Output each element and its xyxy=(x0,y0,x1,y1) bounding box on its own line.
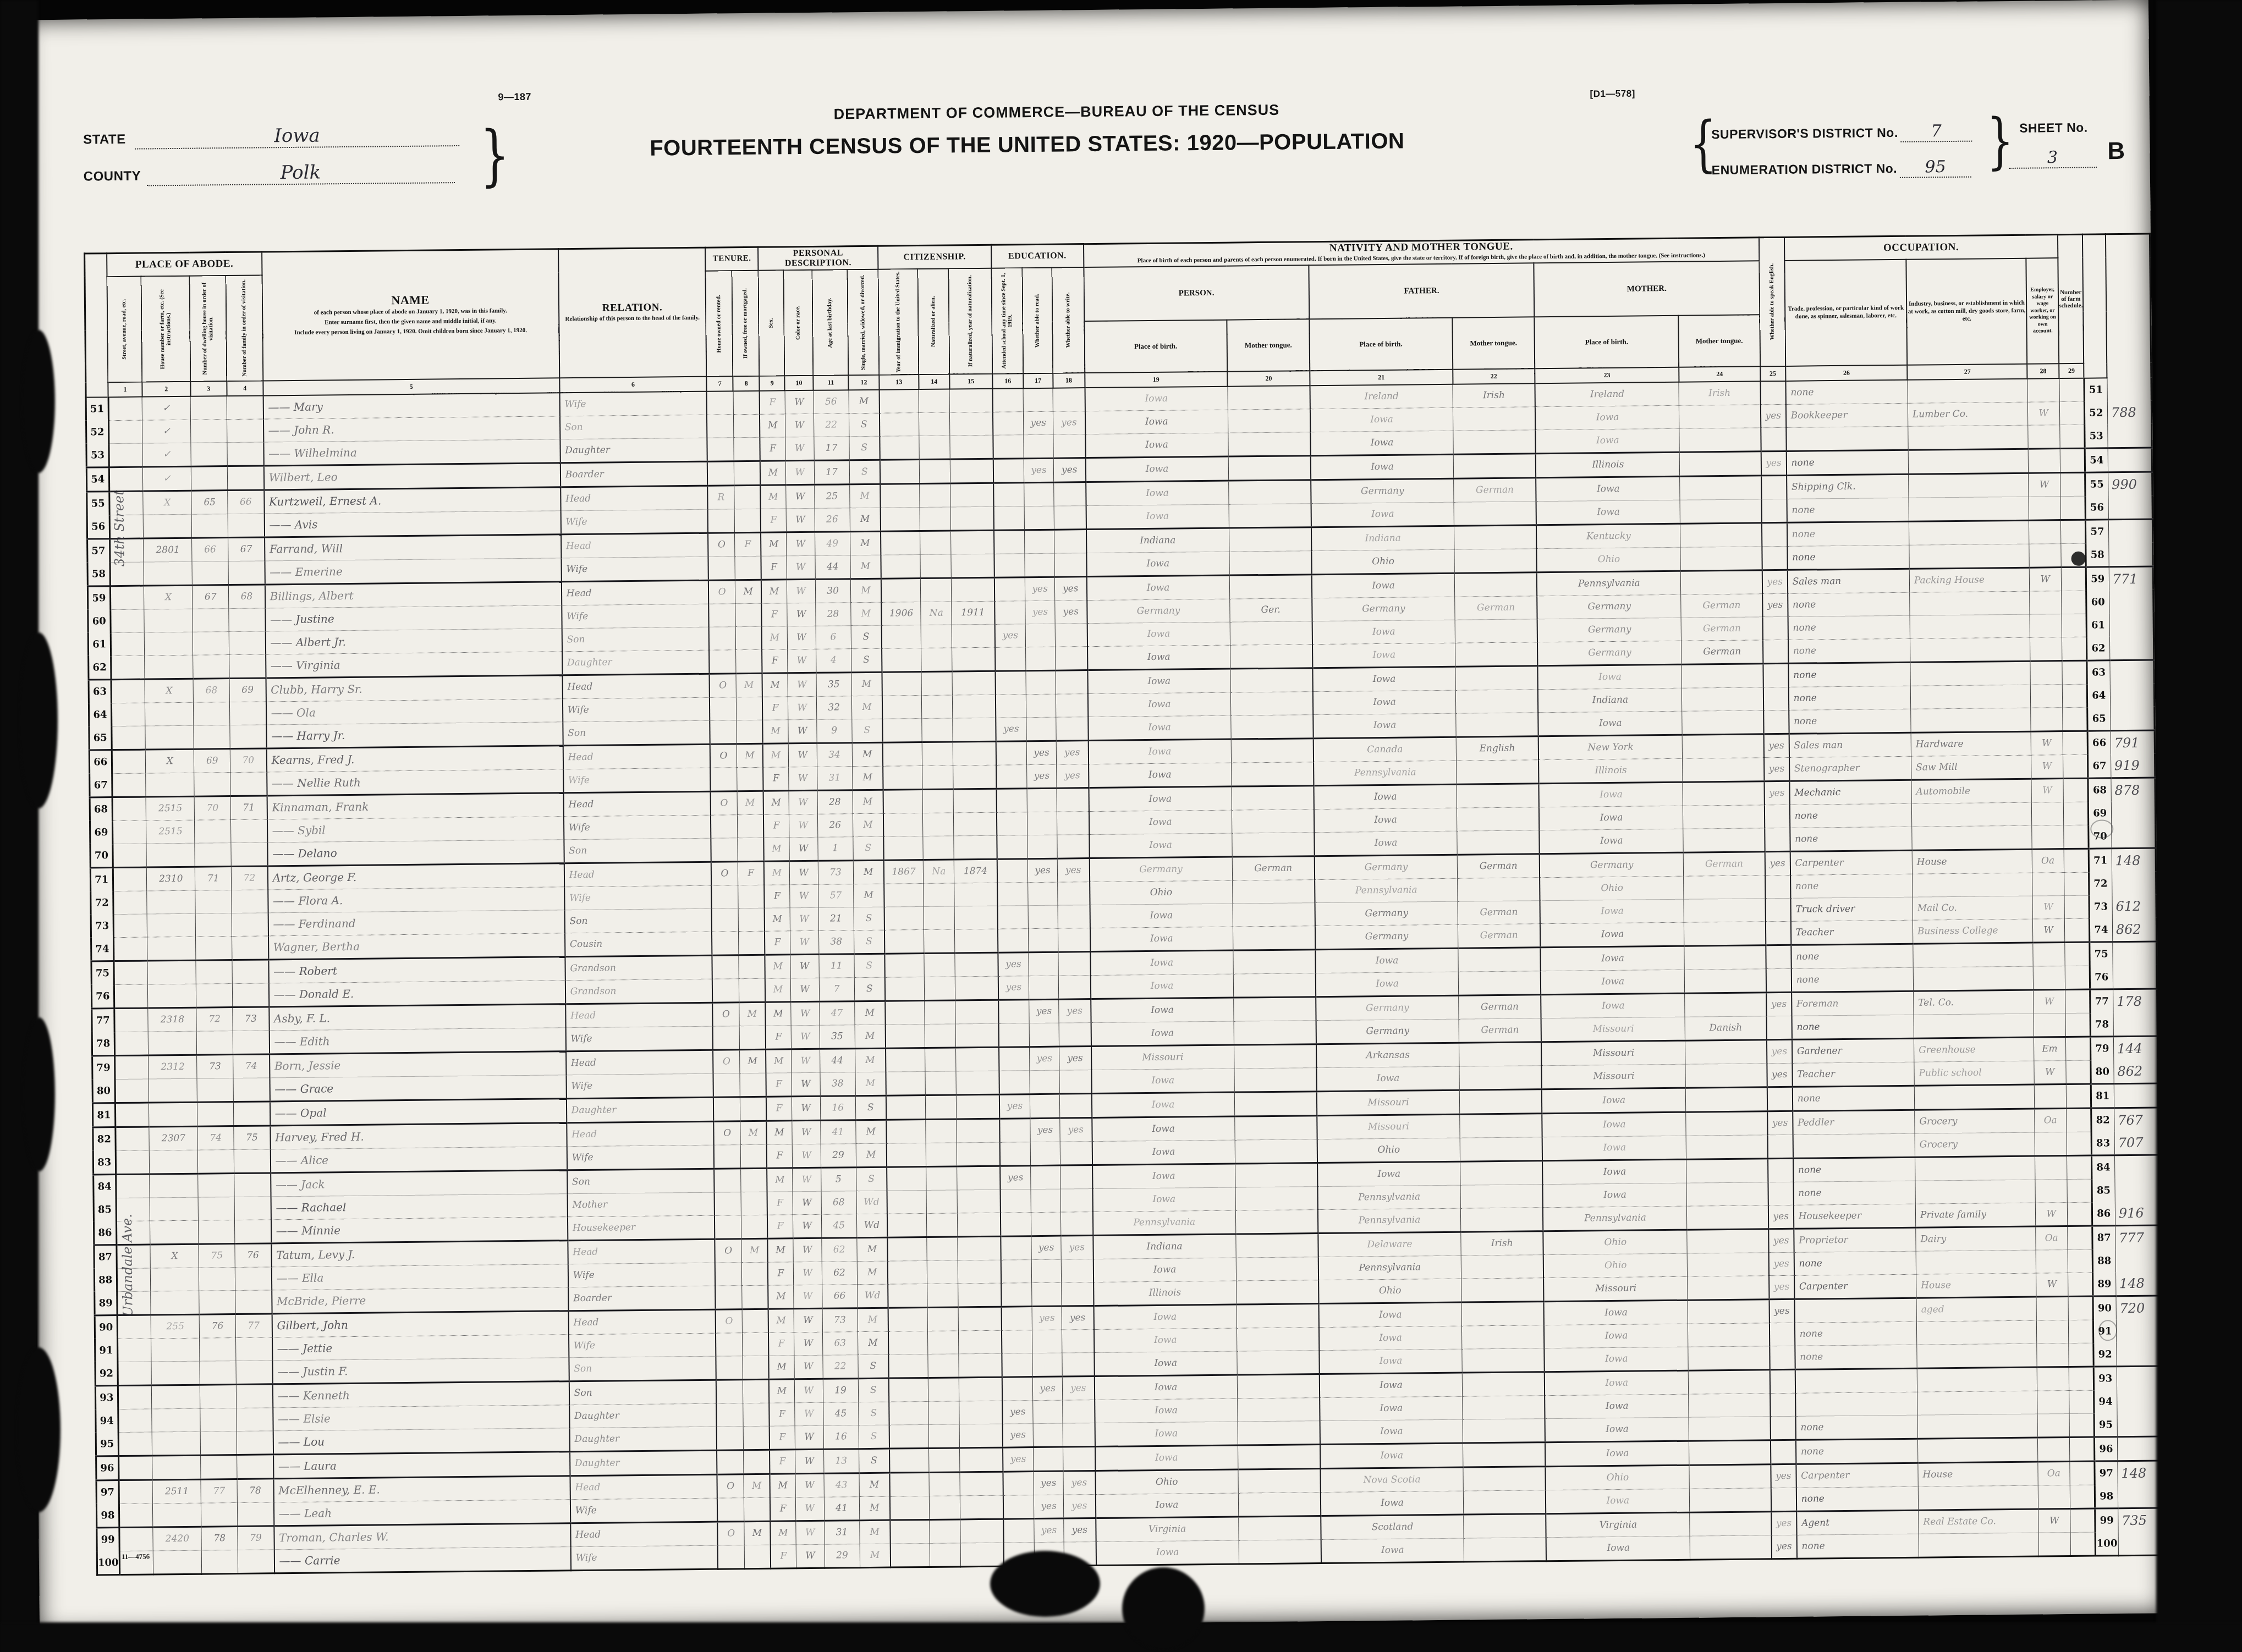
cell-mt xyxy=(1683,828,1765,852)
cell-school: yes xyxy=(1003,1447,1034,1472)
cell-school xyxy=(1000,1189,1031,1213)
cell-name: McElhenney, E. E. xyxy=(273,1475,570,1502)
cell-owned: O xyxy=(710,673,736,697)
cell-relation: Daughter xyxy=(560,438,707,463)
cell-owned xyxy=(712,885,738,908)
cell-english xyxy=(1766,1016,1792,1039)
cell-house xyxy=(152,1431,201,1456)
enumeration-district-value: 95 xyxy=(1925,157,1946,177)
cell-marital: M xyxy=(850,555,881,579)
cell-nat xyxy=(930,1543,961,1567)
cell-school xyxy=(1003,1471,1034,1495)
cell-ind: Public school xyxy=(1914,1061,2034,1086)
cell-relation: Head xyxy=(565,1003,713,1028)
line-number-left: 72 xyxy=(91,891,113,914)
cell-english xyxy=(1765,898,1790,921)
cell-write xyxy=(1056,670,1087,694)
line-number-left: 73 xyxy=(91,914,113,937)
cell-farm xyxy=(2069,1413,2095,1437)
cell-emp xyxy=(2031,825,2063,849)
cell-family xyxy=(233,983,269,1007)
cell-name: Gilbert, John xyxy=(272,1310,569,1337)
cell-read xyxy=(1029,952,1058,976)
cell-mt: German xyxy=(1684,852,1765,876)
cell-nat xyxy=(921,648,952,672)
cell-owned: O xyxy=(718,1521,744,1545)
cell-nat xyxy=(928,1401,959,1425)
cell-write xyxy=(1063,1446,1095,1471)
cell-name: Farrand, Will xyxy=(265,535,562,561)
cell-english xyxy=(1763,710,1789,734)
cell-family xyxy=(234,1173,271,1197)
cell-owned: O xyxy=(714,1121,740,1144)
cell-mb: Iowa xyxy=(1545,1441,1689,1467)
cell-emp xyxy=(2028,448,2060,473)
cell-owned xyxy=(717,1450,743,1474)
cell-read xyxy=(1026,717,1056,741)
line-number-left: 84 xyxy=(94,1174,116,1198)
cell-school: yes xyxy=(1000,1165,1031,1190)
cell-marital: S xyxy=(854,907,884,930)
cell-mb: Iowa xyxy=(1542,1159,1686,1185)
cell-mb: Virginia xyxy=(1546,1512,1690,1538)
cell-nat xyxy=(927,1260,958,1284)
column-number: 7 xyxy=(707,376,733,391)
cell-house xyxy=(147,937,196,961)
cell-natyear xyxy=(958,1213,1001,1237)
cell-family xyxy=(229,631,265,655)
cell-pb: Illinois xyxy=(1093,1281,1237,1306)
cell-name: —— Flora A. xyxy=(268,887,565,913)
cell-name: —— Jack xyxy=(271,1170,568,1196)
cell-house: 255 xyxy=(151,1314,200,1339)
cell-mb: Germany xyxy=(1537,641,1681,666)
cell-mt xyxy=(1687,1229,1768,1253)
cell-read: yes xyxy=(1026,741,1056,765)
header-col4: Number of family in order of visitation. xyxy=(226,275,263,381)
cell-imm xyxy=(888,1307,928,1331)
cell-school xyxy=(996,764,1027,789)
line-number-right: 61 xyxy=(2086,614,2109,637)
column-number: 6 xyxy=(559,376,707,393)
cell-read xyxy=(1025,530,1054,554)
cell-race: W xyxy=(792,1168,821,1191)
cell-dwelling xyxy=(192,561,228,585)
enumeration-district-label: ENUMERATION DISTRICT No. xyxy=(1712,161,1898,177)
line-number-left: 54 xyxy=(86,467,109,491)
cell-race: W xyxy=(785,390,814,414)
cell-nat xyxy=(925,1024,956,1048)
cell-relation: Wife xyxy=(566,1073,713,1099)
cell-mt xyxy=(1680,523,1762,547)
page-title: FOURTEENTH CENSUS OF THE UNITED STATES: … xyxy=(650,129,1404,161)
cell-write xyxy=(1053,434,1085,458)
cell-school xyxy=(996,788,1027,812)
cell-ft xyxy=(1460,1160,1543,1185)
cell-mortgage xyxy=(735,649,762,673)
cell-owned xyxy=(710,767,737,791)
cell-house xyxy=(151,1361,200,1385)
cell-pb: Iowa xyxy=(1091,1092,1234,1117)
cell-english xyxy=(1771,1488,1796,1511)
cell-natyear xyxy=(955,976,998,1000)
cell-marital: M xyxy=(850,531,881,555)
cell-nat xyxy=(929,1472,960,1496)
line-number-right: 56 xyxy=(2085,496,2108,520)
margin-annotation xyxy=(2108,495,2153,520)
cell-age: 43 xyxy=(824,1473,859,1497)
cell-mt xyxy=(1680,547,1762,571)
cell-age: 62 xyxy=(822,1261,857,1285)
cell-owned xyxy=(715,1262,741,1285)
cell-ind: Lumber Co. xyxy=(1908,402,2027,426)
cell-mb: Iowa xyxy=(1544,1300,1688,1325)
column-number: 25 xyxy=(1760,366,1785,381)
cell-occ xyxy=(1794,1298,1916,1323)
cell-mortgage: M xyxy=(735,580,761,603)
header-tenure: TENURE. xyxy=(705,247,758,271)
cell-age: 29 xyxy=(825,1544,860,1568)
cell-house xyxy=(145,632,193,656)
cell-nat xyxy=(928,1378,959,1402)
line-number-right: 74 xyxy=(2089,918,2112,941)
cell-occ: Truck driver xyxy=(1790,897,1913,921)
cell-marital: S xyxy=(849,436,880,460)
cell-emp: W xyxy=(2029,567,2061,591)
cell-age: 21 xyxy=(818,907,854,930)
cell-mb: Iowa xyxy=(1543,1183,1687,1208)
cell-read xyxy=(1031,1212,1061,1236)
cell-emp: Oa xyxy=(2032,849,2064,873)
cell-relation: Daughter xyxy=(567,1097,714,1123)
cell-write: yes xyxy=(1062,1306,1093,1330)
cell-ind xyxy=(1909,497,2029,521)
cell-pt xyxy=(1235,1139,1317,1163)
cell-english: yes xyxy=(1769,1299,1794,1323)
cell-nat xyxy=(924,883,954,907)
margin-annotation xyxy=(2109,613,2154,637)
cell-occ: none xyxy=(1792,1015,1914,1039)
cell-mt xyxy=(1685,1040,1767,1064)
column-number: 12 xyxy=(848,375,879,390)
cell-ind xyxy=(1916,1250,2036,1274)
cell-race: W xyxy=(792,1072,820,1096)
cell-mb: Iowa xyxy=(1542,1112,1686,1137)
cell-sex: F xyxy=(767,1144,792,1168)
cell-read xyxy=(1029,976,1058,1000)
cell-fb: Iowa xyxy=(1311,502,1454,527)
margin-annotation: 788 xyxy=(2107,401,2152,425)
cell-street xyxy=(119,1527,153,1551)
cell-school: yes xyxy=(998,976,1029,1000)
cell-mt xyxy=(1681,664,1763,688)
cell-mt: Danish xyxy=(1685,1016,1766,1040)
cell-street xyxy=(118,1432,152,1456)
cell-english: yes xyxy=(1762,570,1787,593)
cell-dwelling xyxy=(197,1078,233,1102)
cell-ft: German xyxy=(1455,596,1537,619)
cell-fb: Germany xyxy=(1315,855,1458,879)
cell-english: yes xyxy=(1762,593,1788,616)
cell-age: 38 xyxy=(820,1072,855,1096)
cell-mortgage xyxy=(734,509,761,532)
cell-mortgage xyxy=(743,1403,770,1426)
cell-nat xyxy=(920,531,951,555)
cell-ft xyxy=(1460,1113,1542,1137)
header-col1: Street, avenue, road, etc. xyxy=(107,276,142,382)
margin-annotation xyxy=(2117,1342,2161,1367)
cell-house xyxy=(145,702,194,726)
cell-write xyxy=(1054,553,1086,577)
cell-fb: Arkansas xyxy=(1316,1043,1459,1067)
line-number-left: 68 xyxy=(90,797,112,821)
cell-pt xyxy=(1238,1444,1320,1469)
cell-fb: Iowa xyxy=(1310,408,1453,432)
cell-dwelling xyxy=(191,419,227,443)
cell-occ: Carpenter xyxy=(1790,850,1912,875)
line-number-left: 97 xyxy=(96,1480,119,1504)
cell-write: yes xyxy=(1054,576,1086,601)
state-label: STATE xyxy=(83,132,126,147)
cell-house: X xyxy=(146,749,194,773)
cell-race: W xyxy=(794,1355,823,1379)
census-table: PLACE OF ABODE. NAME of each person whos… xyxy=(84,233,2163,1576)
cell-family xyxy=(230,702,266,725)
cell-family: 66 xyxy=(228,490,264,514)
cell-imm xyxy=(889,1472,929,1496)
cell-english xyxy=(1766,968,1791,992)
cell-mt xyxy=(1683,781,1764,806)
cell-mb: Ohio xyxy=(1543,1253,1688,1278)
cell-english xyxy=(1765,875,1790,898)
cell-imm xyxy=(891,1543,930,1567)
cell-farm xyxy=(2062,637,2087,660)
cell-english: yes xyxy=(1761,404,1786,427)
cell-name: —— Nellie Ruth xyxy=(267,769,564,796)
cell-farm xyxy=(2070,1485,2095,1508)
torn-edge-4 xyxy=(17,1347,61,1512)
cell-mb: Missouri xyxy=(1541,1040,1685,1066)
cell-marital: S xyxy=(854,930,884,954)
cell-pt xyxy=(1233,996,1316,1021)
cell-owned xyxy=(709,603,735,626)
margin-annotation: 862 xyxy=(2112,918,2157,942)
cell-street xyxy=(110,586,144,610)
cell-occ: none xyxy=(1792,1086,1914,1111)
cell-school xyxy=(1001,1236,1031,1260)
cell-owned xyxy=(711,838,738,861)
cell-dwelling: 66 xyxy=(192,537,228,561)
line-number-left: 53 xyxy=(86,443,109,467)
cell-farm xyxy=(2069,1437,2095,1461)
cell-english xyxy=(1762,522,1787,546)
cell-age: 38 xyxy=(818,930,854,954)
margin-annotation: 178 xyxy=(2113,989,2157,1013)
cell-age: 45 xyxy=(821,1214,856,1238)
column-number: 23 xyxy=(1535,367,1679,384)
cell-pb: Iowa xyxy=(1085,410,1228,434)
cell-relation: Daughter xyxy=(569,1427,717,1452)
cell-imm: 1867 xyxy=(884,860,924,884)
cell-owned xyxy=(715,1192,741,1215)
cell-mortgage xyxy=(735,603,762,626)
cell-pt xyxy=(1235,1163,1317,1187)
cell-owned xyxy=(709,626,735,649)
cell-pt xyxy=(1231,762,1314,786)
cell-relation: Head xyxy=(564,862,712,887)
cell-write: yes xyxy=(1063,1494,1095,1518)
cell-dwelling xyxy=(196,936,232,960)
margin-annotation xyxy=(2117,1413,2162,1437)
cell-imm xyxy=(882,718,922,742)
cell-sex: M xyxy=(766,1049,791,1073)
cell-family xyxy=(235,1267,271,1291)
header-col17: Whether able to read. xyxy=(1022,267,1053,373)
cell-ft xyxy=(1455,665,1538,690)
cell-ft xyxy=(1453,407,1535,431)
cell-fb: Scotland xyxy=(1321,1515,1464,1539)
cell-relation: Wife xyxy=(564,815,711,840)
cell-english: yes xyxy=(1764,757,1789,781)
cell-imm xyxy=(882,695,922,719)
cell-age: 30 xyxy=(815,579,850,603)
header-citizenship: CITIZENSHIP. xyxy=(878,245,991,269)
cell-mb: Pennsylvania xyxy=(1537,571,1681,596)
cell-imm xyxy=(887,1143,926,1167)
cell-natyear xyxy=(957,1166,1000,1190)
cell-relation: Wife xyxy=(561,557,708,582)
cell-street xyxy=(118,1385,152,1409)
cell-nat xyxy=(922,742,953,766)
cell-age: 44 xyxy=(815,555,850,579)
cell-dwelling: 77 xyxy=(201,1479,237,1503)
cell-relation: Son xyxy=(567,1169,715,1194)
line-number-left: 87 xyxy=(94,1244,117,1268)
cell-fb: Iowa xyxy=(1314,831,1457,856)
cell-write xyxy=(1057,788,1089,812)
cell-age: 31 xyxy=(817,766,852,790)
cell-name: McBride, Pierre xyxy=(272,1287,569,1313)
header-col28: Employer, salary or wage worker, or work… xyxy=(2026,258,2059,364)
cell-fb: Iowa xyxy=(1321,1538,1464,1563)
cell-sex: F xyxy=(770,1497,795,1521)
cell-natyear xyxy=(959,1353,1002,1378)
cell-house: 2515 xyxy=(146,820,195,844)
cell-natyear xyxy=(956,1047,999,1071)
cell-age: 68 xyxy=(821,1191,856,1214)
cell-pt: Ger. xyxy=(1229,598,1312,621)
cell-family: 68 xyxy=(229,585,265,609)
cell-pt xyxy=(1238,1516,1321,1540)
cell-emp: W xyxy=(2036,1273,2068,1297)
cell-mt xyxy=(1687,1205,1768,1230)
cell-natyear xyxy=(960,1447,1003,1472)
cell-pt xyxy=(1230,691,1313,715)
cell-pt xyxy=(1231,738,1314,762)
cell-marital: M xyxy=(859,1520,890,1544)
cell-read xyxy=(1025,624,1055,647)
cell-age: 49 xyxy=(815,531,850,555)
cell-dwelling xyxy=(195,842,231,867)
cell-ft xyxy=(1461,1325,1544,1348)
cell-pb: Missouri xyxy=(1091,1045,1234,1070)
cell-read: yes xyxy=(1031,1236,1061,1260)
cell-relation: Mother xyxy=(567,1192,715,1217)
cell-family xyxy=(238,1502,274,1527)
cell-owned: O xyxy=(713,1049,739,1073)
header-col15: If naturalized, year of naturalization. xyxy=(948,268,992,374)
line-number-right: 51 xyxy=(2084,378,2107,401)
line-number-right: 81 xyxy=(2091,1083,2114,1108)
cell-school xyxy=(993,482,1024,506)
cell-race: W xyxy=(790,930,818,954)
cell-emp xyxy=(2032,872,2064,896)
cell-write: yes xyxy=(1059,1046,1091,1070)
cell-owned xyxy=(713,1073,740,1097)
cell-school xyxy=(1003,1518,1034,1543)
cell-sex: M xyxy=(765,955,790,978)
cell-farm xyxy=(2062,684,2087,707)
cell-dwelling: 71 xyxy=(195,866,232,890)
cell-ind xyxy=(1910,637,2030,662)
cell-read xyxy=(1024,482,1054,506)
cell-english: yes xyxy=(1766,992,1792,1016)
margin-annotation xyxy=(2117,1366,2161,1390)
cell-write xyxy=(1058,928,1090,952)
cell-pt xyxy=(1236,1280,1318,1304)
cell-write: yes xyxy=(1061,1235,1093,1259)
cell-marital: M xyxy=(850,602,881,626)
cell-ft xyxy=(1454,502,1536,526)
cell-read xyxy=(1025,553,1054,577)
column-number: 11 xyxy=(813,375,848,390)
cell-imm xyxy=(880,412,919,436)
cell-natyear xyxy=(960,1543,1003,1567)
cell-imm xyxy=(887,1190,926,1214)
cell-emp xyxy=(2036,1320,2068,1343)
cell-read: yes xyxy=(1025,577,1054,601)
cell-farm xyxy=(2066,1060,2091,1084)
cell-pt xyxy=(1233,902,1315,926)
cell-natyear xyxy=(951,554,994,578)
margin-annotation xyxy=(2115,1249,2160,1273)
cell-age: 63 xyxy=(822,1331,858,1355)
cell-imm xyxy=(889,1424,929,1449)
cell-farm xyxy=(2070,1532,2096,1556)
cell-mb: Illinois xyxy=(1536,452,1680,478)
cell-relation: Grandson xyxy=(565,955,712,981)
cell-school xyxy=(999,1142,1030,1166)
cell-farm xyxy=(2067,1179,2092,1202)
cell-race: W xyxy=(789,814,817,837)
cell-natyear xyxy=(960,1472,1003,1496)
cell-emp: Oa xyxy=(2034,1108,2066,1132)
cell-house xyxy=(153,1550,202,1574)
cell-relation: Wife xyxy=(568,1263,715,1287)
cell-emp: W xyxy=(2031,731,2063,755)
cell-imm xyxy=(888,1284,927,1308)
cell-dwelling xyxy=(200,1361,236,1385)
cell-nat xyxy=(927,1307,958,1331)
cell-ind: Mail Co. xyxy=(1913,896,2032,920)
cell-age: 29 xyxy=(821,1143,856,1168)
cell-natyear xyxy=(959,1424,1002,1448)
cell-ft xyxy=(1457,807,1539,830)
cell-mortgage xyxy=(739,1026,766,1049)
cell-fb: Iowa xyxy=(1313,713,1456,738)
cell-emp xyxy=(2034,1084,2066,1109)
cell-house: X xyxy=(150,1244,199,1268)
